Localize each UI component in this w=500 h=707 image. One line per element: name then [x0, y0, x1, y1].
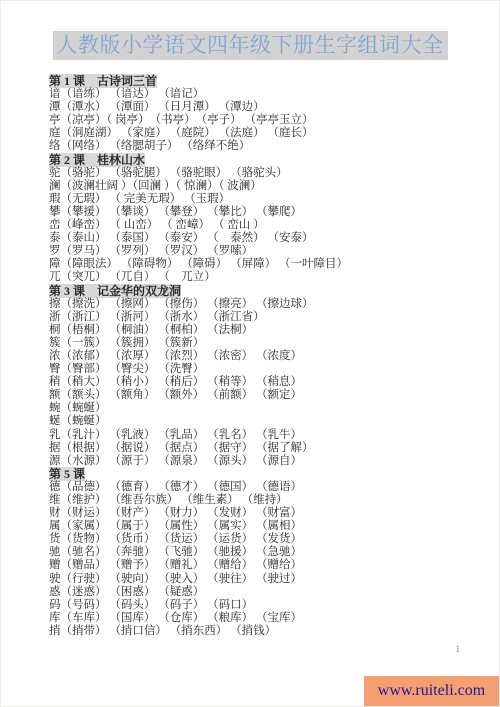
word-row: 谙（谙练） （谙达） （谙记） [49, 88, 484, 101]
word-row: 潭（潭水） （潭面） （日月潭） （潭边） [49, 101, 484, 114]
word-row: 捎（捎带） （捎口信） （捎东西） （捎钱） [49, 625, 484, 638]
document-body: 第 1 课 古诗词三首 谙（谙练） （谙达） （谙记） 潭（潭水） （潭面） （… [49, 75, 484, 638]
lesson-5-heading-text: 第 5 课 [49, 467, 85, 481]
word-row: 亭（凉亭）（ 岗亭） （书亭） （亭子） （亭亭玉立） [49, 114, 484, 127]
word-row: 库（车库） （国库） （仓库） （粮库） （宝库） [49, 612, 484, 625]
word-row: 维（维护） （维吾尔族） （维生素） （维持） [49, 494, 484, 507]
watermark-bar[interactable]: www.ruiteli.com [364, 676, 499, 706]
page-number: 1 [456, 644, 461, 654]
word-row: 德（品德） （德育） （德才） （德国） （德语） [49, 481, 484, 494]
lesson-1-heading-text: 第 1 课 古诗词三首 [49, 74, 157, 88]
word-row: 据（根据） （据说） （据点） （据守） （据了解） [49, 442, 484, 455]
lesson-2-heading: 第 2 课 桂林山水 [49, 154, 484, 167]
word-row: 桐（梧桐） （桐油） （桐柏） （法桐） [49, 324, 484, 337]
word-row: 蜒（蜿蜒） [49, 415, 484, 428]
word-row: 澜（波澜壮阔 ）（回澜 ）（ 惊澜）（ 波澜） [49, 180, 484, 193]
word-row: 蜿（蜿蜒） [49, 402, 484, 415]
lesson-5-section: 第 5 课 德（品德） （德育） （德才） （德国） （德语） 维（维护） （维… [49, 468, 484, 638]
word-row: 源（水源） （源于） （源泉） （源头） （源自） [49, 455, 484, 468]
word-row: 峦（峰峦） （ 山峦） （ 峦嶂） （ 峦山 ） [49, 219, 484, 232]
word-row: 攀（攀援） （攀谈） （攀登） （攀比） （攀爬） [49, 206, 484, 219]
word-row: 驰（驰名） （奔驰） （飞驰） （驰援） （急驰） [49, 546, 484, 559]
word-row: 障（障眼法） （障碍物） （障碍） （屏障） （一叶障目） [49, 258, 484, 271]
word-row: 络（网络） （络腮胡子） （络绎不绝） [49, 140, 484, 153]
lesson-3-section: 第 3 课 记金华的双龙洞 擦（擦洗） （擦网） （擦伤） （擦亮） （擦边球）… [49, 285, 484, 468]
word-row: 臀（臀部） （臀尖） （洗臀） [49, 363, 484, 376]
lesson-2-heading-text: 第 2 课 桂林山水 [49, 153, 145, 167]
word-row: 乳（乳汁） （乳液） （乳品） （乳名） （乳牛） [49, 429, 484, 442]
lesson-3-heading-text: 第 3 课 记金华的双龙洞 [49, 284, 181, 298]
word-row: 庭（洞庭湖） （家庭） （庭院） （法庭） （庭长） [49, 127, 484, 140]
word-row: 财（财运） （财产） （财力） （发财） （财富） [49, 507, 484, 520]
lesson-1-heading: 第 1 课 古诗词三首 [49, 75, 484, 88]
document-title: 人教版小学语文四年级下册生字组词大全 [53, 31, 448, 60]
word-row: 簇（一簇） （簇拥） （簇新） [49, 337, 484, 350]
watermark-url[interactable]: www.ruiteli.com [378, 682, 485, 700]
lesson-2-section: 第 2 课 桂林山水 驼（骆驼） （骆驼腿） （骆驼眼） （骆驼头） 澜（波澜壮… [49, 154, 484, 285]
word-row: 额（额头） （额角） （额外） （前额） （额定） [49, 389, 484, 402]
word-row: 擦（擦洗） （擦网） （擦伤） （擦亮） （擦边球） [49, 298, 484, 311]
word-row: 浓（浓郁） （浓厚） （浓烈） （浓密） （浓度） [49, 350, 484, 363]
lesson-5-heading: 第 5 课 [49, 468, 484, 481]
word-row: 瑕（无瑕） （ 完美无瑕） （玉瑕） [49, 193, 484, 206]
word-row: 驶（行驶） （驶向） （驶入） （驶往） （驶过） [49, 573, 484, 586]
word-row: 罗（罗马） （罗列） （罗汉） （罗嗦） [49, 245, 484, 258]
word-row: 赠（赠品） （赠予） （赠礼） （赠给） （赠给） [49, 559, 484, 572]
word-row: 驼（骆驼） （骆驼腿） （骆驼眼） （骆驼头） [49, 167, 484, 180]
lesson-1-section: 第 1 课 古诗词三首 谙（谙练） （谙达） （谙记） 潭（潭水） （潭面） （… [49, 75, 484, 154]
word-row: 码（号码） （码头） （码子） （码口） [49, 599, 484, 612]
word-row: 货（货物） （货币） （货运） （运货） （发货） [49, 533, 484, 546]
document-page: 人教版小学语文四年级下册生字组词大全 第 1 课 古诗词三首 谙（谙练） （谙达… [0, 0, 500, 707]
title-area: 人教版小学语文四年级下册生字组词大全 [1, 31, 499, 60]
word-row: 稍（稍大） （稍小） （稍后） （稍等） （稍息） [49, 376, 484, 389]
word-row: 泰（泰山） （泰国） （泰安） （ 泰然） （安泰） [49, 232, 484, 245]
word-row: 属（家属） （属于） （属性） （属实） （属相） [49, 520, 484, 533]
lesson-3-heading: 第 3 课 记金华的双龙洞 [49, 285, 484, 298]
word-row: 惑（迷惑） （困惑） （疑惑） [49, 586, 484, 599]
word-row: 浙（浙江） （浙河） （浙水） （浙江省） [49, 311, 484, 324]
word-row: 兀（突兀） （兀自） （ 兀立） [49, 271, 484, 284]
